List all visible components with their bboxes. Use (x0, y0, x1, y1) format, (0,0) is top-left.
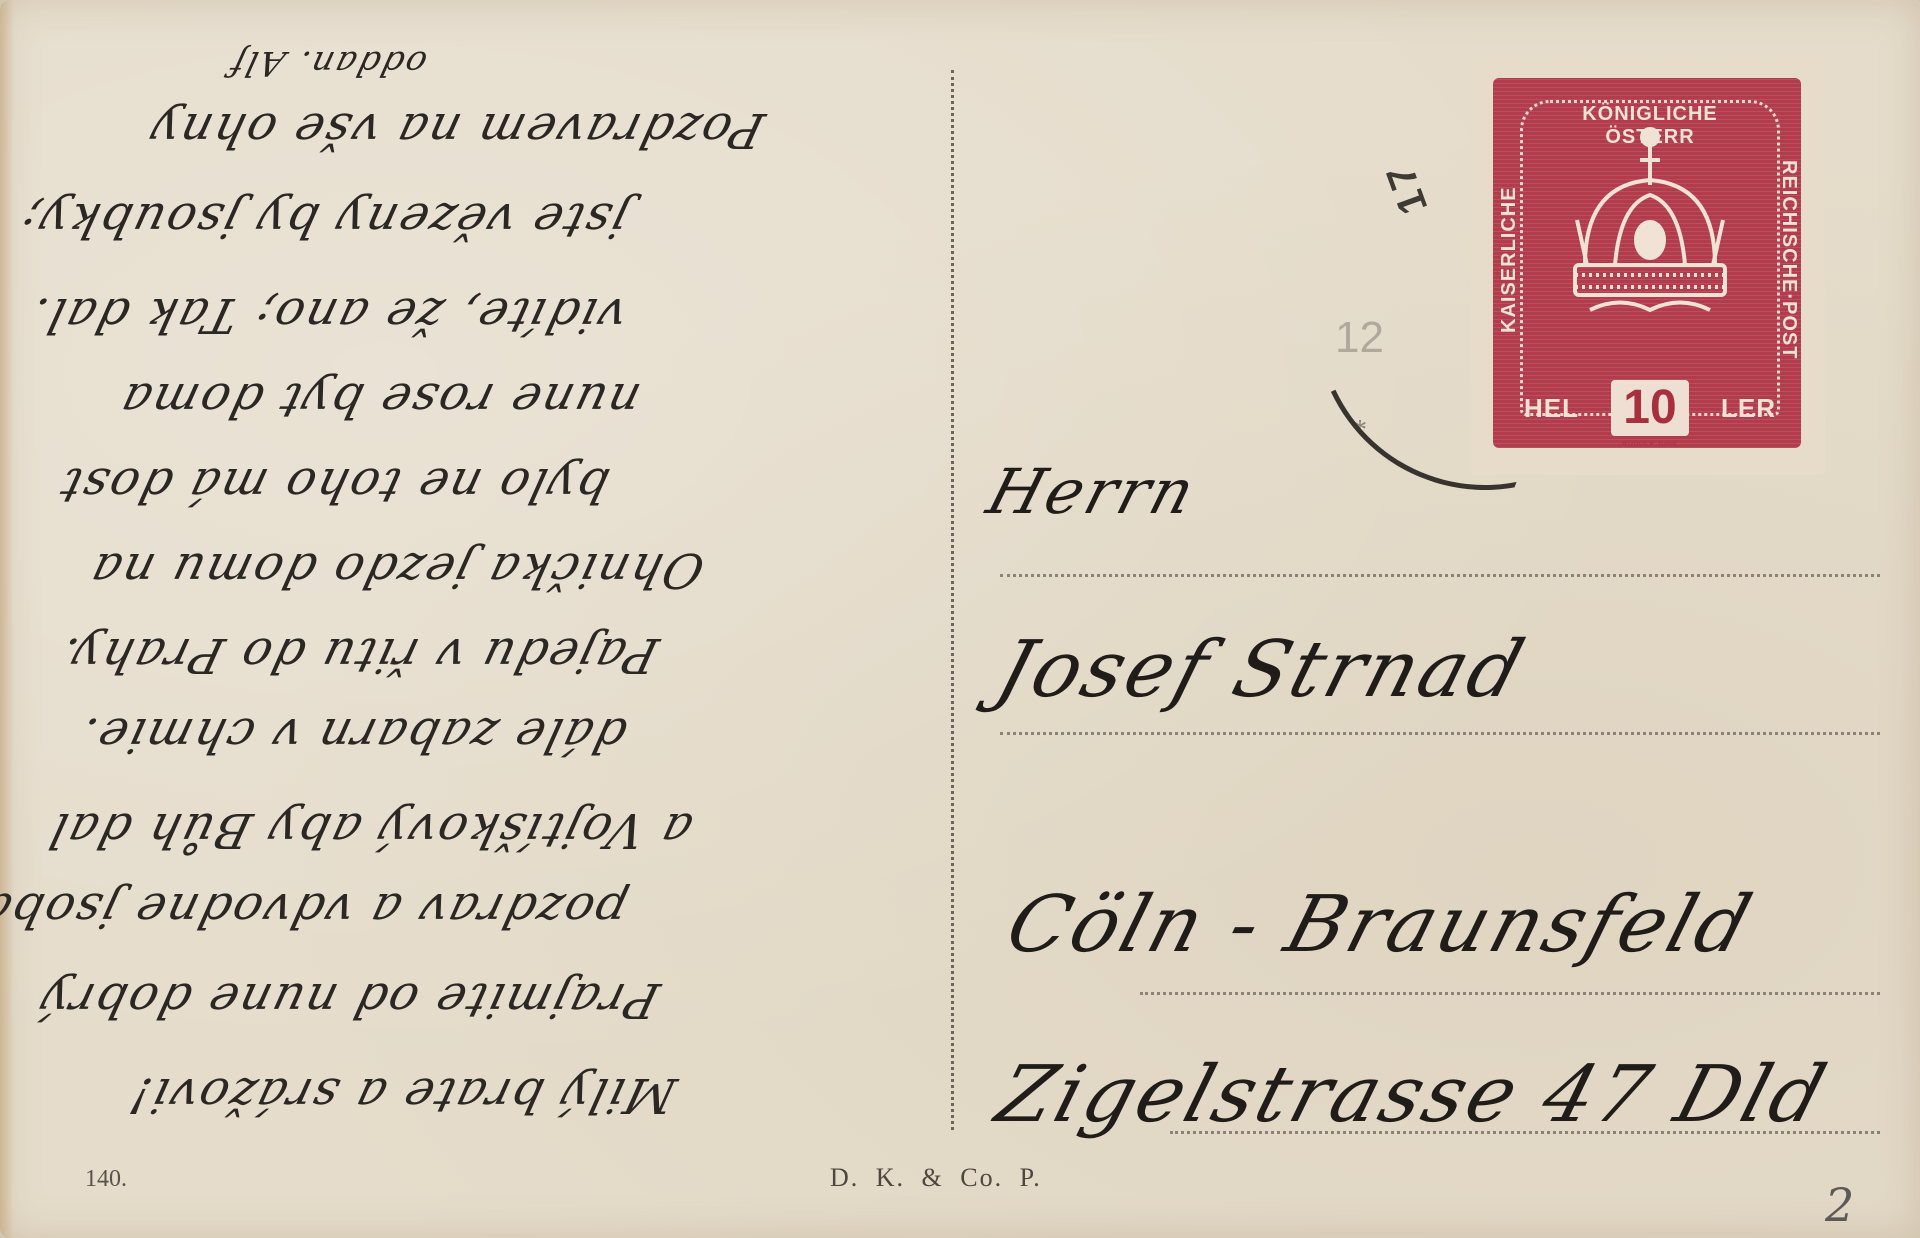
publisher-imprint: D. K. & Co. P. (830, 1163, 1042, 1193)
message-line: Ohnička jezdo domu na (83, 542, 710, 598)
message-line: Milý brate a srážovi! (123, 1067, 682, 1123)
center-divider (951, 70, 954, 1130)
message-area: oddan. Alf Pozdravem na vše ohny jste vě… (0, 0, 940, 1238)
address-line-2 (1000, 732, 1880, 735)
message-line: Pajedu v řitu do Prahy. (53, 627, 664, 683)
address-city: Cöln - Braunsfeld (997, 880, 1763, 970)
message-line: oddan. Alf (225, 43, 431, 83)
card-number: 140. (85, 1166, 127, 1193)
stamp-value: 10 (1611, 380, 1689, 436)
address-line-3 (1140, 992, 1880, 995)
stamp-denomination: HEL 10 LER (1520, 378, 1780, 438)
postmark-star-icon: * (1353, 415, 1367, 447)
postmark-faint-text: 12 (1335, 313, 1384, 363)
stamp-designer: RUDOLF JUNK (1580, 441, 1720, 448)
message-line: jste vězeny by jsoubky; (13, 192, 633, 248)
address-line-4 (1170, 1131, 1880, 1134)
pencil-note: 2 (1825, 1178, 1854, 1232)
message-line: nune rose byt doma (113, 372, 646, 428)
address-name: Josef Strnad (987, 625, 1536, 715)
message-line: bylo ne toho má dost (53, 457, 615, 513)
message-line: vidíte, že ano; Tak dal. (23, 287, 632, 343)
stamp-ler: LER (1717, 393, 1780, 424)
message-line: pozdrav a vdvodne jsoba (0, 882, 633, 938)
message-line: a Vojtíškový aby Bůh dal (43, 802, 698, 858)
message-line: dále zabarn v chmie. (73, 707, 632, 763)
address-salutation: Herrn (980, 455, 1206, 528)
message-line: Pozdravem na vše ohny (143, 102, 770, 158)
address-street: Zigelstrasse 47 Dld (987, 1050, 1838, 1140)
address-line-1 (1000, 574, 1880, 577)
message-line: Prajmite od nune dobrý (33, 972, 665, 1028)
stamp-right-text: REICHISCHE·POST (1770, 120, 1800, 400)
